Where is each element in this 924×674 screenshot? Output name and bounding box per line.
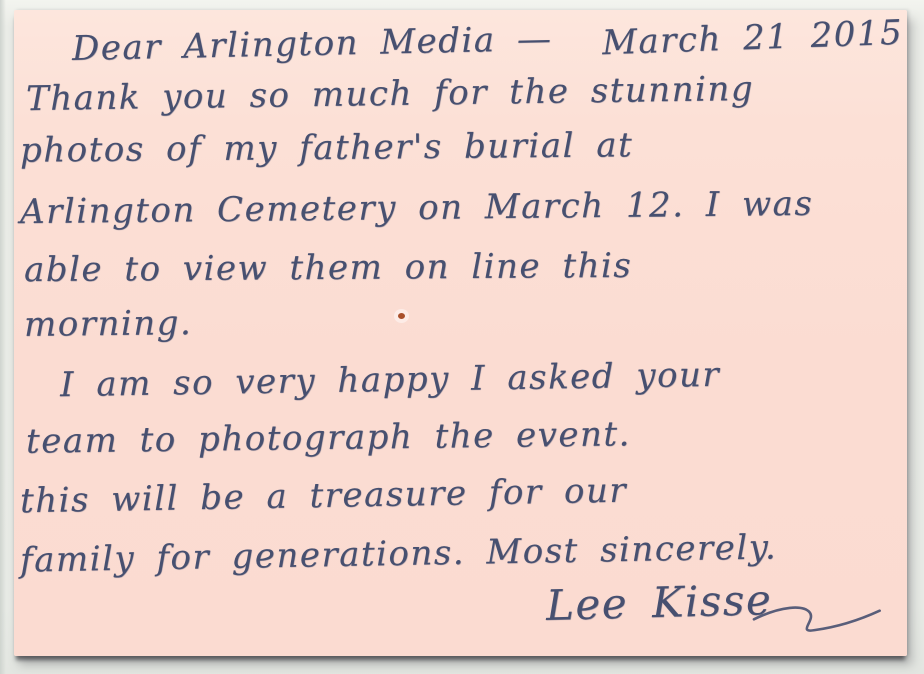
signature-text: Lee Kisse: [545, 575, 772, 630]
scan-background: Dear Arlington Media — March 21 2015 Tha…: [0, 0, 924, 674]
salutation-line: Dear Arlington Media —: [72, 19, 553, 69]
handwritten-line: able to view them on line this: [24, 246, 633, 290]
handwritten-line: morning.: [24, 303, 193, 345]
paper-speck: [398, 313, 405, 319]
handwritten-line: family for generations. Most sincerely.: [20, 527, 778, 580]
handwritten-line: Thank you so much for the stunning: [26, 69, 755, 119]
note-card: Dear Arlington Media — March 21 2015 Tha…: [14, 10, 907, 656]
handwritten-line: Arlington Cemetery on March 12. I was: [20, 184, 814, 232]
date-text: March 21 2015: [601, 13, 903, 63]
handwritten-line: this will be a treasure for our: [20, 471, 628, 522]
handwritten-line: team to photograph the event.: [26, 414, 631, 461]
handwritten-line: photos of my father's burial at: [20, 125, 634, 170]
handwritten-line: I am so very happy I asked your: [60, 355, 721, 405]
signature-flourish-icon: [751, 599, 883, 640]
